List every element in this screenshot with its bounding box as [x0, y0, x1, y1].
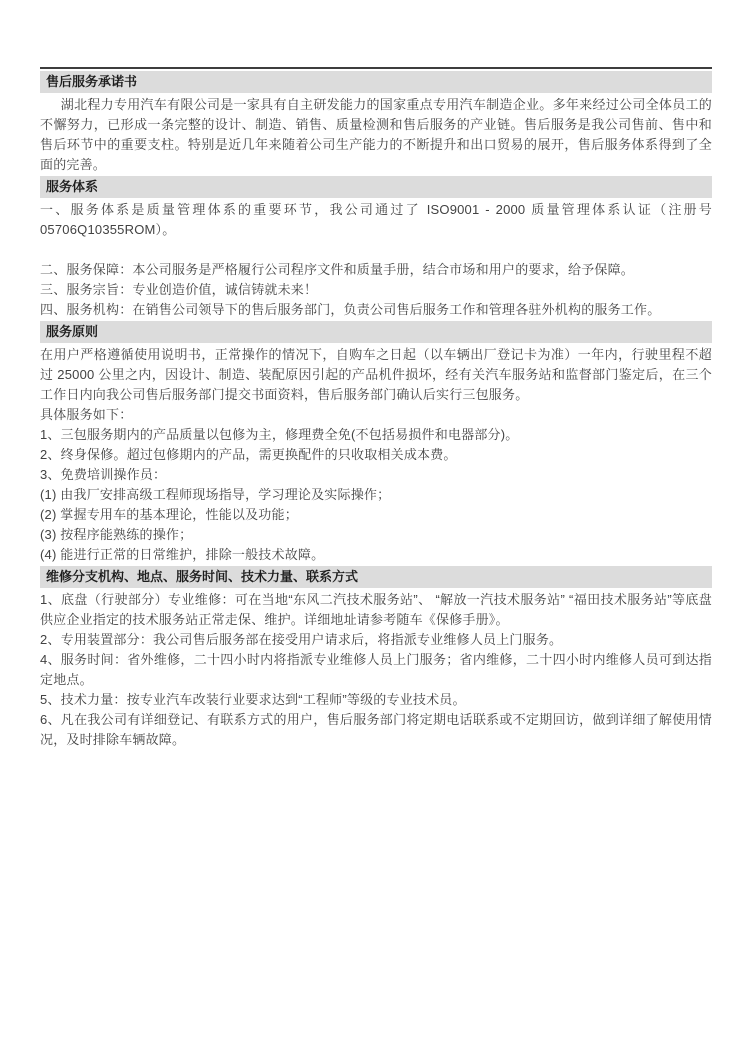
paragraph-line: 在用户严格遵循使用说明书，正常操作的情况下，自购车之日起（以车辆出厂登记卡为准）…: [40, 345, 712, 405]
document-page: 售后服务承诺书 湖北程力专用汽车有限公司是一家具有自主研发能力的国家重点专用汽车…: [0, 0, 750, 750]
top-rule: [40, 67, 712, 69]
paragraph-line: (1) 由我厂安排高级工程师现场指导，学习理论及实际操作；: [40, 485, 712, 505]
section-heading-bar: 服务体系: [40, 176, 712, 198]
paragraph-line: 2、终身保修。超过包修期内的产品，需更换配件的只收取相关成本费。: [40, 445, 712, 465]
paragraph-line: (4) 能进行正常的日常维护，排除一般技术故障。: [40, 545, 712, 565]
blank-line: [40, 240, 712, 260]
paragraph-line: 三、服务宗旨：专业创造价值，诚信铸就未来！: [40, 280, 712, 300]
paragraph-line: 6、凡在我公司有详细登记、有联系方式的用户，售后服务部门将定期电话联系或不定期回…: [40, 710, 712, 750]
paragraph-line: (2) 掌握专用车的基本理论，性能以及功能；: [40, 505, 712, 525]
paragraph-line: 具体服务如下：: [40, 405, 712, 425]
paragraph-line: 2、专用装置部分：我公司售后服务部在接受用户请求后，将指派专业维修人员上门服务。: [40, 630, 712, 650]
paragraph-line: 二、服务保障：本公司服务是严格履行公司程序文件和质量手册，结合市场和用户的要求，…: [40, 260, 712, 280]
paragraph-line: 4、服务时间：省外维修，二十四小时内将指派专业维修人员上门服务；省内维修，二十四…: [40, 650, 712, 690]
intro-paragraph: 湖北程力专用汽车有限公司是一家具有自主研发能力的国家重点专用汽车制造企业。多年来…: [40, 95, 712, 175]
section-heading-bar: 服务原则: [40, 321, 712, 343]
paragraph-line: 一、服务体系是质量管理体系的重要环节，我公司通过了 ISO9001 - 2000…: [40, 200, 712, 240]
sections-container: 服务体系一、服务体系是质量管理体系的重要环节，我公司通过了 ISO9001 - …: [40, 176, 712, 750]
paragraph-line: (3) 按程序能熟练的操作；: [40, 525, 712, 545]
paragraph-line: 3、免费培训操作员：: [40, 465, 712, 485]
section-heading-bar: 维修分支机构、地点、服务时间、技术力量、联系方式: [40, 566, 712, 588]
paragraph-line: 四、服务机构：在销售公司领导下的售后服务部门，负责公司售后服务工作和管理各驻外机…: [40, 300, 712, 320]
document-title: 售后服务承诺书: [46, 74, 137, 89]
paragraph-line: 1、三包服务期内的产品质量以包修为主，修理费全免(不包括易损件和电器部分)。: [40, 425, 712, 445]
paragraph-line: 1、底盘（行驶部分）专业维修：可在当地“东风二汽技术服务站”、 “解放一汽技术服…: [40, 590, 712, 630]
document-title-bar: 售后服务承诺书: [40, 71, 712, 93]
paragraph-line: 5、技术力量：按专业汽车改装行业要求达到“工程师”等级的专业技术员。: [40, 690, 712, 710]
